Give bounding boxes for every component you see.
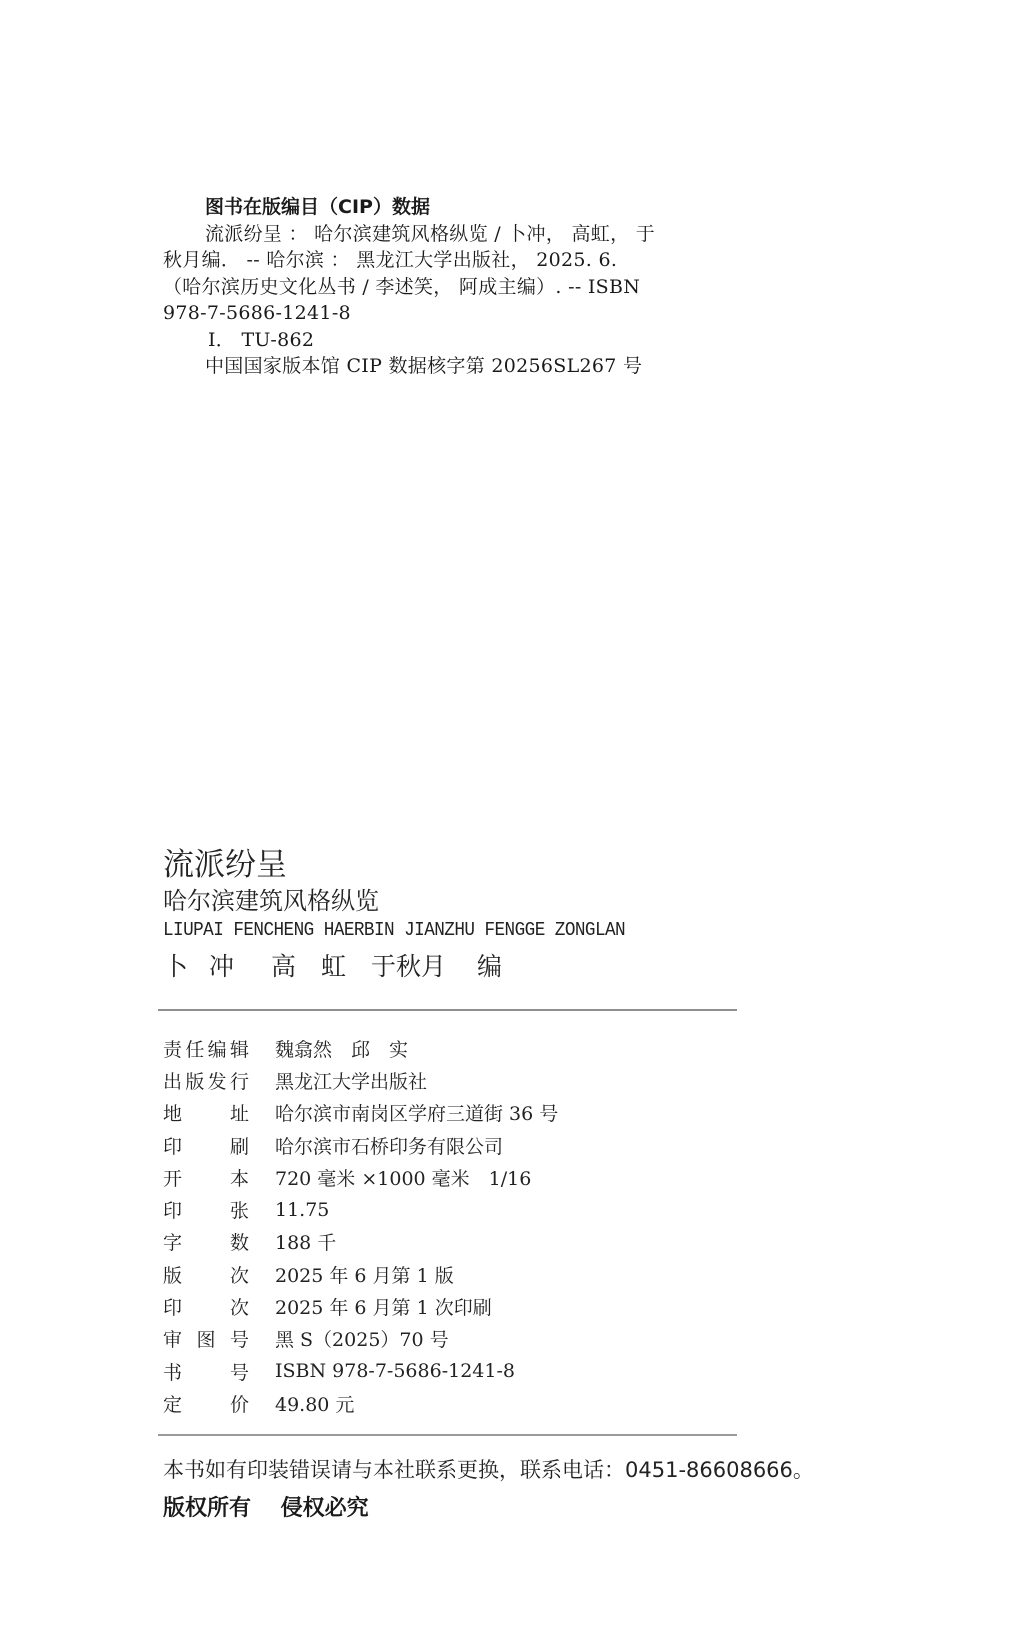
cip-line-2: 秋月编． -- 哈尔滨 ： 黑龙江大学出版社， 2025. 6. [163, 247, 733, 274]
info-value: ISBN 978-7-5686-1241-8 [275, 1360, 515, 1382]
author-char: 卜 [163, 949, 209, 985]
cip-line-3: （哈尔滨历史文化丛书 / 李述笑， 阿成主编）. -- ISBN [163, 274, 733, 301]
info-label: 印次 [163, 1293, 249, 1320]
info-value: 哈尔滨市南岗区学府三道街 36 号 [275, 1099, 558, 1126]
info-label: 书号 [163, 1358, 249, 1385]
info-label: 开本 [163, 1164, 249, 1191]
book-title-pinyin: LIUPAI FENCHENG HAERBIN JIANZHU FENGGE Z… [163, 917, 721, 943]
info-row-publisher: 出版发行 黑龙江大学出版社 [163, 1064, 743, 1096]
info-value: 2025 年 6 月第 1 次印刷 [275, 1293, 492, 1320]
info-row-format: 开本 720 毫米 ×1000 毫米 1/16 [163, 1161, 743, 1193]
cip-line-6: 中国国家版本馆 CIP 数据核字第 20256SL267 号 [163, 353, 733, 380]
info-row-address: 地址 哈尔滨市南岗区学府三道街 36 号 [163, 1097, 743, 1129]
book-title-block: 流派纷呈 哈尔滨建筑风格纵览 LIUPAI FENCHENG HAERBIN J… [163, 845, 763, 985]
info-value: 720 毫米 ×1000 毫米 1/16 [275, 1164, 531, 1191]
info-value: 黑 S（2025）70 号 [275, 1325, 449, 1352]
info-value: 11.75 [275, 1199, 329, 1221]
replacement-notice: 本书如有印装错误请与本社联系更换，联系电话：0451-86608666。 [163, 1455, 814, 1485]
cip-line-1: 流派纷呈 ： 哈尔滨建筑风格纵览 / 卜冲， 高虹， 于 [163, 221, 733, 248]
info-label: 地址 [163, 1099, 249, 1126]
info-row-printing: 印次 2025 年 6 月第 1 次印刷 [163, 1290, 743, 1322]
author-name: 于秋月 [371, 949, 477, 985]
author-char: 高 [271, 949, 321, 985]
info-row-sheets: 印张 11.75 [163, 1193, 743, 1225]
cip-heading: 图书在版编目（CIP）数据 [163, 194, 733, 221]
book-title: 流派纷呈 [163, 845, 763, 885]
info-label: 责任编辑 [163, 1035, 249, 1062]
book-authors: 卜 冲 高 虹 于秋月 编 [163, 949, 763, 985]
info-label: 版次 [163, 1261, 249, 1288]
info-row-word-count: 字数 188 千 [163, 1226, 743, 1258]
info-label: 字数 [163, 1228, 249, 1255]
info-label: 定价 [163, 1390, 249, 1417]
cip-line-4: 978-7-5686-1241-8 [163, 300, 733, 327]
info-label: 出版发行 [163, 1067, 249, 1094]
divider-top [158, 1009, 737, 1011]
author-role: 编 [477, 949, 502, 985]
info-label: 印刷 [163, 1132, 249, 1159]
info-label: 印张 [163, 1196, 249, 1223]
info-row-editor: 责任编辑 魏翕然 邱 实 [163, 1032, 743, 1064]
divider-bottom [158, 1434, 737, 1436]
info-row-map-review-number: 审图号 黑 S（2025）70 号 [163, 1323, 743, 1355]
publication-info-table: 责任编辑 魏翕然 邱 实 出版发行 黑龙江大学出版社 地址 哈尔滨市南岗区学府三… [163, 1032, 743, 1420]
cip-line-5: Ⅰ． TU-862 [163, 327, 733, 354]
cip-data-block: 图书在版编目（CIP）数据 流派纷呈 ： 哈尔滨建筑风格纵览 / 卜冲， 高虹，… [163, 194, 733, 380]
info-row-printer: 印刷 哈尔滨市石桥印务有限公司 [163, 1129, 743, 1161]
info-value: 哈尔滨市石桥印务有限公司 [275, 1132, 503, 1159]
info-value: 188 千 [275, 1228, 336, 1255]
info-label: 审图号 [163, 1325, 249, 1352]
author-char: 冲 [209, 949, 271, 985]
info-row-price: 定价 49.80 元 [163, 1387, 743, 1419]
info-value: 49.80 元 [275, 1390, 354, 1417]
info-row-edition: 版次 2025 年 6 月第 1 版 [163, 1258, 743, 1290]
info-value: 2025 年 6 月第 1 版 [275, 1261, 454, 1288]
info-value: 魏翕然 邱 实 [275, 1035, 408, 1062]
info-value: 黑龙江大学出版社 [275, 1067, 427, 1094]
book-subtitle: 哈尔滨建筑风格纵览 [163, 885, 763, 917]
author-char: 虹 [321, 949, 371, 985]
info-row-isbn: 书号 ISBN 978-7-5686-1241-8 [163, 1355, 743, 1387]
copyright-notice: 版权所有 侵权必究 [163, 1494, 369, 1524]
